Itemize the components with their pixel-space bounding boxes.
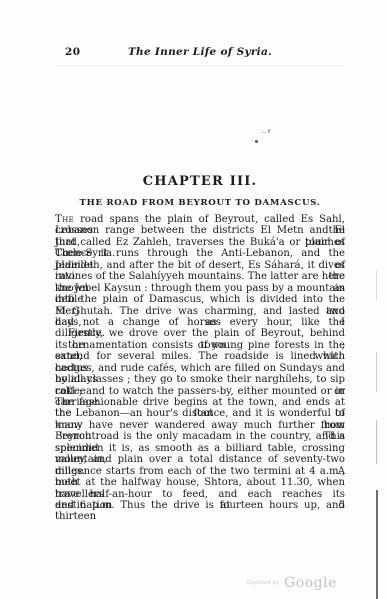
- ink-speck-artifact: [262, 132, 266, 133]
- text-line: that called Ez Zahleh, traverses the Buk…: [55, 237, 345, 248]
- watermark-prefix: Digitized by: [247, 580, 279, 586]
- chapter-heading: CHAPTER III.: [55, 174, 345, 189]
- text-line: by all classes ; they go to smoke their …: [55, 374, 345, 385]
- text-line: hedges, and rude cafés, which are filled…: [55, 363, 345, 374]
- smallcaps-lead-word: The: [55, 214, 74, 225]
- scan-edge-artifact: [376, 352, 377, 392]
- body-text: The road spans the plain of Beyrout, cal…: [55, 214, 345, 511]
- scanned-book-page: 20 The Inner Life of Syria. CHAPTER III.…: [0, 0, 389, 599]
- text-line: the Lebanon—an hour's distance, and it i…: [55, 408, 345, 419]
- text-line: extend for several miles. The roadside i…: [55, 351, 345, 362]
- scan-edge-artifact: [376, 420, 377, 464]
- text-line: had not a change of horses every hour, l…: [55, 317, 345, 328]
- text-line: raki ; and to watch the passers-by, eith…: [55, 386, 345, 397]
- scan-edge-artifact: [376, 270, 377, 300]
- paragraph: Firstly, we drove over the plain of Beyr…: [55, 328, 345, 511]
- text-line: El Ghutah. The drive was charming, and l…: [55, 306, 345, 317]
- text-line: Lebanon range between the districts El M…: [55, 225, 345, 236]
- paragraph: The road spans the plain of Beyrout, cal…: [55, 214, 345, 328]
- running-header: 20 The Inner Life of Syria.: [55, 46, 345, 62]
- scan-edge-artifact: [376, 490, 378, 599]
- text-line: valley, and plain over a total distance …: [55, 454, 345, 465]
- text-line: meet at the halfway house, Shtora, about…: [55, 477, 345, 488]
- text-line: diligence starts from each of the two te…: [55, 466, 345, 477]
- ink-speck-artifact: [268, 129, 270, 133]
- text-line: into the plain of Damascus, which is div…: [55, 294, 345, 305]
- text-line: many have never wandered away much furth…: [55, 420, 345, 431]
- google-logo: Google: [284, 575, 337, 591]
- text-line: The fashionable drive begins at the town…: [55, 397, 345, 408]
- section-heading: THE ROAD FROM BEYROUT TO DAMASCUS.: [55, 198, 345, 208]
- text-line: the Jebel Kaysun : through them you pass…: [55, 283, 345, 294]
- text-line: French road is the only macadam in the c…: [55, 431, 345, 442]
- text-line: ravines of the Salahíyyeh mountains. The…: [55, 271, 345, 282]
- header-rule: [55, 65, 345, 66]
- text-line: its ornamentation consists of young pine…: [55, 340, 345, 351]
- text-line: The road spans the plain of Beyrout, cal…: [55, 214, 345, 225]
- text-line: specimen it is, as smooth as a billiard …: [55, 443, 345, 454]
- text-line: Thence it runs through the Anti-Lebanon,…: [55, 248, 345, 259]
- text-line: Jedeideh, and after the bit of desert, E…: [55, 260, 345, 271]
- text-line: have half-an-hour to feed, and each reac…: [55, 489, 345, 500]
- ink-speck-artifact: [255, 140, 258, 143]
- running-title: The Inner Life of Syria.: [55, 46, 345, 58]
- watermark: Digitized by Google: [247, 572, 337, 591]
- text-line: Firstly, we drove over the plain of Beyr…: [55, 328, 345, 339]
- text-line: and 6 p.m. Thus the drive is fourteen ho…: [55, 500, 345, 511]
